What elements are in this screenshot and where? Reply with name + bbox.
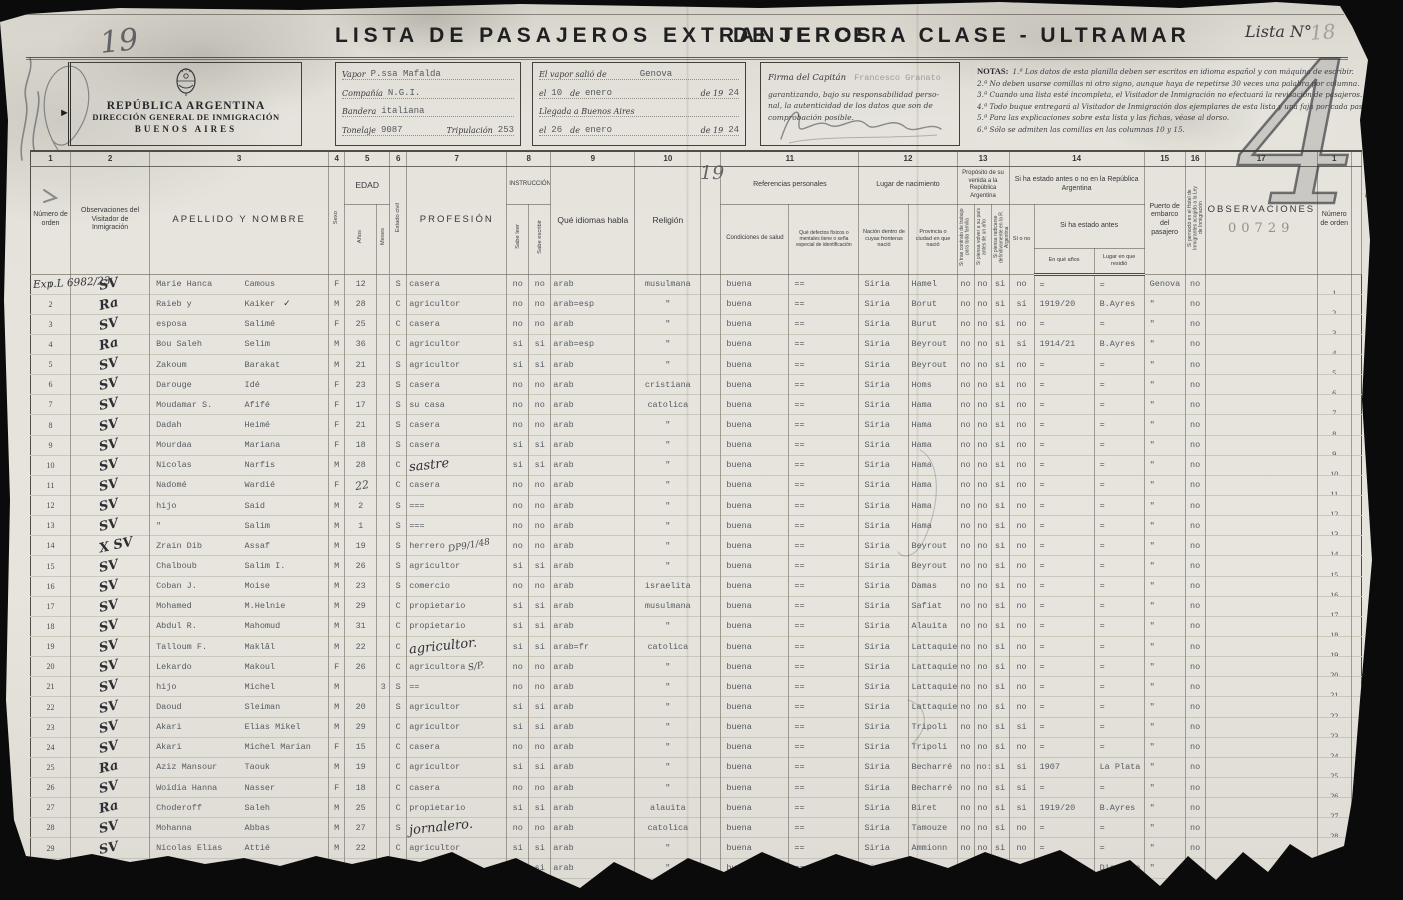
hotel-inmigrantes: no	[1185, 778, 1205, 798]
sex: M	[329, 838, 345, 858]
previous-years: =	[1034, 697, 1094, 717]
reads: no	[507, 737, 529, 757]
been-before: no	[1009, 355, 1034, 375]
surname: esposa	[156, 319, 244, 329]
purpose-1: no	[957, 798, 974, 818]
passenger-name: hijoMichel	[150, 677, 329, 697]
header-edge	[1351, 166, 1361, 274]
col-num: 16	[1185, 151, 1205, 166]
passenger-row: 9SVMourdaaMarianaF18Scaserasisiarab"buen…	[31, 435, 1362, 455]
header-sabe-escribir: Sabe escribir	[537, 220, 543, 254]
given-name: Narfis	[245, 460, 276, 470]
profession: casera	[407, 274, 507, 294]
edge	[1351, 657, 1361, 677]
header-profesion: PROFESIÓN	[409, 214, 504, 226]
previous-residence: =	[1094, 475, 1144, 495]
birth-province: Tripoli	[909, 737, 957, 757]
order-number-right: 5	[1317, 355, 1351, 375]
age-years: 28	[345, 294, 377, 314]
languages: arab	[551, 355, 635, 375]
order-number-right-value: 7	[1332, 409, 1336, 415]
previous-residence: =	[1094, 838, 1144, 858]
passenger-name: ChoderoffSaleh	[150, 798, 329, 818]
edge	[1351, 475, 1361, 495]
header-hotel: Si pernoctó en el Hotel de Inmigrantes a…	[1188, 186, 1205, 250]
row-observations	[1205, 697, 1317, 717]
visitor-mark-handwritten: SV	[98, 818, 120, 837]
birth-province: Alauita	[909, 616, 957, 636]
edge	[1351, 455, 1361, 475]
order-number-right: 30	[1317, 858, 1351, 878]
order-number-right-value: 14	[1330, 550, 1338, 556]
purpose-1: no	[957, 395, 974, 415]
surname: hijo	[156, 682, 244, 692]
civil-status: S	[390, 395, 407, 415]
profession: comercio	[407, 576, 507, 596]
visitor-observation: SV	[71, 677, 150, 697]
age-months	[377, 576, 390, 596]
hotel-inmigrantes: no	[1185, 314, 1205, 334]
profession: agricultor	[407, 717, 507, 737]
purpose-3: si	[991, 657, 1009, 677]
header-idiomas: Qué idiomas habla	[553, 215, 632, 226]
visitor-observation: SV	[71, 657, 150, 677]
profession: agricultor	[407, 757, 507, 777]
given-name: Salimé	[245, 319, 276, 329]
defects: ==	[789, 576, 859, 596]
purpose-1: no	[957, 858, 974, 878]
sex: M	[329, 757, 345, 777]
edge	[1351, 435, 1361, 455]
embark-port: "	[1144, 677, 1185, 697]
visitor-mark-handwritten: SV	[98, 597, 120, 616]
purpose-3: si	[991, 475, 1009, 495]
order-number-right: 8	[1317, 415, 1351, 435]
stamp-number: 00729	[1208, 221, 1315, 236]
birth-nation: Siria	[859, 737, 909, 757]
surname: hijo	[156, 501, 244, 511]
header-instruccion: INSTRUCCIÓN	[509, 181, 548, 189]
purpose-3: si	[991, 717, 1009, 737]
hotel-inmigrantes: no	[1185, 757, 1205, 777]
previous-residence: =	[1094, 274, 1144, 294]
passenger-name: Zrain DibAssaf	[150, 536, 329, 556]
order-number: 20	[31, 657, 71, 677]
row-observations	[1205, 657, 1317, 677]
age-years	[345, 677, 377, 697]
reads: no	[507, 375, 529, 395]
hotel-inmigrantes: no	[1185, 637, 1205, 657]
previous-residence: =	[1094, 737, 1144, 757]
birth-nation: Siria	[859, 375, 909, 395]
previous-residence: =	[1094, 375, 1144, 395]
spacer	[701, 818, 721, 838]
writes: no	[529, 375, 551, 395]
captain-typed-name: Francesco Granato	[854, 73, 941, 83]
spacer	[701, 697, 721, 717]
been-before: no	[1009, 395, 1034, 415]
hotel-inmigrantes: no	[1185, 657, 1205, 677]
purpose-3: si	[991, 536, 1009, 556]
previous-years: =	[1034, 516, 1094, 536]
languages: arab=esp	[551, 294, 635, 314]
surname: Choderoff	[156, 803, 244, 813]
civil-status: S	[390, 375, 407, 395]
order-number-right-value: 4	[1332, 349, 1336, 355]
writes: si	[529, 334, 551, 354]
header-orden-right: Número de orden	[1320, 211, 1349, 229]
embark-port: "	[1144, 536, 1185, 556]
edge	[1351, 616, 1361, 636]
purpose-3: si	[991, 818, 1009, 838]
salida-label: El vapor salió de	[539, 70, 607, 79]
salida-day: 10	[551, 88, 562, 98]
purpose-1: no	[957, 455, 974, 475]
edge	[1351, 516, 1361, 536]
purpose-3: si	[991, 757, 1009, 777]
previous-years: =	[1034, 395, 1094, 415]
civil-status: S	[390, 677, 407, 697]
surname: Chalboub	[156, 561, 244, 571]
purpose-1: no	[957, 536, 974, 556]
been-before: no	[1009, 314, 1034, 334]
order-number: 9	[31, 435, 71, 455]
sex: M	[329, 616, 345, 636]
birth-province: Beyrout	[909, 355, 957, 375]
col-num: 4	[329, 151, 345, 166]
writes: si	[529, 798, 551, 818]
age-years: 17	[345, 395, 377, 415]
order-number: 21	[31, 677, 71, 697]
civil-status	[390, 858, 407, 878]
previous-years: =	[1034, 838, 1094, 858]
nota-item: 5.ª Para las explicaciones sobre esta li…	[977, 112, 1333, 124]
religion: cristiana	[635, 375, 701, 395]
edge	[1351, 556, 1361, 576]
order-number: 14	[31, 536, 71, 556]
writes: si	[529, 757, 551, 777]
previous-residence: =	[1094, 556, 1144, 576]
birth-province: Tamouze	[909, 818, 957, 838]
given-name: Attié	[245, 843, 271, 853]
embark-port: "	[1144, 375, 1185, 395]
visitor-mark-handwritten: SV	[98, 577, 120, 596]
reads: si	[507, 455, 529, 475]
religion: "	[635, 516, 701, 536]
compania-label: Compañía	[342, 89, 383, 98]
hotel-inmigrantes: no	[1185, 415, 1205, 435]
age-years: 29	[345, 717, 377, 737]
passenger-name: Marie HancaCamous	[150, 274, 329, 294]
purpose-2: no	[974, 455, 991, 475]
order-number-right-value: 26	[1330, 792, 1338, 798]
age-years: 15	[345, 737, 377, 757]
age-years: 22	[345, 838, 377, 858]
edge	[1351, 294, 1361, 314]
sex: M	[329, 798, 345, 818]
embark-port: "	[1144, 616, 1185, 636]
age-years: 1	[345, 516, 377, 536]
order-number-right-value: 18	[1330, 631, 1338, 637]
previous-residence: =	[1094, 697, 1144, 717]
sex: M	[329, 334, 345, 354]
hotel-inmigrantes: no	[1185, 717, 1205, 737]
religion: "	[635, 697, 701, 717]
row-observations	[1205, 536, 1317, 556]
purpose-1: no	[957, 475, 974, 495]
order-number: 29	[31, 838, 71, 858]
surname: Bou Saleh	[156, 339, 244, 349]
defects: ==	[789, 838, 859, 858]
purpose-1: no	[957, 274, 974, 294]
order-number: 5	[31, 355, 71, 375]
languages: arab	[551, 496, 635, 516]
civil-status: C	[390, 717, 407, 737]
languages: arab	[551, 798, 635, 818]
visitor-observation: SV	[71, 516, 150, 536]
edge	[1351, 536, 1361, 556]
tripulacion-label: Tripulación	[446, 126, 492, 135]
spacer	[701, 415, 721, 435]
purpose-2: no	[974, 516, 991, 536]
birth-province: Safiat	[909, 596, 957, 616]
age-years: 22	[345, 637, 377, 657]
spacer	[701, 798, 721, 818]
purpose-1: no	[957, 314, 974, 334]
hotel-inmigrantes: no	[1185, 355, 1205, 375]
health: buena	[721, 717, 789, 737]
health: buena	[721, 294, 789, 314]
age-years: 2	[345, 496, 377, 516]
previous-residence: =	[1094, 395, 1144, 415]
health: buena	[721, 616, 789, 636]
languages: arab=esp	[551, 334, 635, 354]
captain-box: Firma del Capitán Francesco Granato gara…	[760, 62, 960, 146]
birth-province: Hama	[909, 475, 957, 495]
civil-status: S	[390, 415, 407, 435]
birth-province: Hama	[909, 455, 957, 475]
col-num: 1	[31, 151, 71, 166]
religion: "	[635, 737, 701, 757]
embark-port: "	[1144, 314, 1185, 334]
defects: ==	[789, 616, 859, 636]
previous-residence: =	[1094, 415, 1144, 435]
health: buena	[721, 334, 789, 354]
edge	[1351, 818, 1361, 838]
spacer	[701, 657, 721, 677]
purpose-2: no	[974, 596, 991, 616]
hotel-inmigrantes: no	[1185, 294, 1205, 314]
hotel-inmigrantes: no	[1185, 536, 1205, 556]
civil-status: C	[390, 637, 407, 657]
row-observations	[1205, 596, 1317, 616]
previous-residence: =	[1094, 637, 1144, 657]
defects: ==	[789, 858, 859, 878]
previous-years: 1919/20	[1034, 294, 1094, 314]
religion: "	[635, 334, 701, 354]
visitor-mark-handwritten: SV	[98, 396, 120, 415]
hotel-inmigrantes: no	[1185, 496, 1205, 516]
order-number-right-value: 15	[1330, 571, 1338, 577]
passenger-row: 2RaRaieb yKaiker✓M28Cagricultornonoarab=…	[31, 294, 1362, 314]
given-name: Said	[245, 501, 265, 511]
visitor-mark-handwritten: SV	[98, 315, 120, 334]
order-number-right: 18	[1317, 616, 1351, 636]
spacer	[701, 496, 721, 516]
order-number: 7	[31, 395, 71, 415]
been-before: no	[1009, 415, 1034, 435]
visitor-observation: SV	[71, 737, 150, 757]
age-months	[377, 798, 390, 818]
ship-info-box: VaporP.ssa Mafalda CompañíaN.G.I. Bander…	[335, 62, 521, 146]
defects: ==	[789, 657, 859, 677]
visitor-mark-handwritten: SV	[98, 778, 120, 797]
purpose-3: si	[991, 274, 1009, 294]
spacer	[701, 858, 721, 878]
age-years: 19	[345, 757, 377, 777]
previous-years: =	[1034, 455, 1094, 475]
writes: si	[529, 355, 551, 375]
row-observations	[1205, 496, 1317, 516]
spacer	[701, 516, 721, 536]
header-religion: Religión	[637, 215, 698, 226]
previous-years: =	[1034, 415, 1094, 435]
birth-nation: Siria	[859, 314, 909, 334]
civil-status: S	[390, 496, 407, 516]
surname: "	[156, 521, 244, 531]
been-before: si	[1009, 717, 1034, 737]
header-observaciones: OBSERVACIONES	[1208, 204, 1315, 216]
purpose-1: no	[957, 697, 974, 717]
sheet-number-handwritten: 19	[98, 22, 140, 61]
birth-nation: Siria	[859, 818, 909, 838]
purpose-1: no	[957, 496, 974, 516]
visitor-observation: SV	[71, 415, 150, 435]
profession: ===	[407, 496, 507, 516]
order-number-right: 11	[1317, 475, 1351, 495]
col-num: 13	[957, 151, 1009, 166]
sex: M	[329, 858, 345, 878]
writes: no	[529, 475, 551, 495]
age-months	[377, 737, 390, 757]
passenger-row: 11SVNadoméWardiéF22Ccaseranonoarab"buena…	[31, 475, 1362, 495]
previous-residence: =	[1094, 677, 1144, 697]
passenger-name: Abdul R.Mahomud	[150, 616, 329, 636]
sex: M	[329, 596, 345, 616]
surname: Zakoum	[156, 360, 244, 370]
purpose-3: si	[991, 697, 1009, 717]
order-number: 27	[31, 798, 71, 818]
birth-province: Becharré	[909, 757, 957, 777]
given-name: Michel	[245, 682, 276, 692]
defects: ==	[789, 818, 859, 838]
surname: Mourdaa	[156, 440, 244, 450]
purpose-1: no	[957, 516, 974, 536]
religion: "	[635, 455, 701, 475]
health: buena	[721, 657, 789, 677]
row-observations	[1205, 778, 1317, 798]
purpose-3: si	[991, 496, 1009, 516]
given-name: Makoul	[245, 662, 276, 672]
passenger-row: 23SVAkariElias MikelM29Cagricultorsisiar…	[31, 717, 1362, 737]
profession-note-handwritten: DP9/1/48	[447, 537, 490, 554]
passenger-name: Bou SalehSelim	[150, 334, 329, 354]
order-number: 3	[31, 314, 71, 334]
been-before: no	[1009, 737, 1034, 757]
edge	[1351, 314, 1361, 334]
embark-port: "	[1144, 697, 1185, 717]
surname: Georges Yacoub	[156, 863, 244, 873]
visitor-observation: SV	[71, 435, 150, 455]
reads: si	[507, 355, 529, 375]
sex: M	[329, 677, 345, 697]
age-years: 29	[345, 596, 377, 616]
health: buena	[721, 818, 789, 838]
purpose-1: no	[957, 556, 974, 576]
age-months	[377, 334, 390, 354]
birth-nation: Siria	[859, 496, 909, 516]
health: buena	[721, 314, 789, 334]
been-before: no	[1009, 475, 1034, 495]
sex: M	[329, 637, 345, 657]
purpose-2: no	[974, 576, 991, 596]
civil-status: C	[390, 838, 407, 858]
sex: F	[329, 475, 345, 495]
row-observations	[1205, 294, 1317, 314]
birth-province: Ammionn	[909, 838, 957, 858]
nota-item: 3.ª Cuando una lista esté incompleta, el…	[977, 89, 1333, 101]
spacer	[701, 274, 721, 294]
order-number-right-value: 17	[1330, 611, 1338, 617]
header-anos: Años	[357, 230, 363, 243]
health: buena	[721, 757, 789, 777]
visitor-observation: SV	[71, 838, 150, 858]
col-num: 10	[635, 151, 701, 166]
age-months	[377, 375, 390, 395]
surname: Dadah	[156, 420, 244, 430]
surname: Abdul R.	[156, 621, 244, 631]
been-before: no	[1009, 677, 1034, 697]
been-before: no	[1009, 616, 1034, 636]
purpose-2: no	[974, 616, 991, 636]
row-observations	[1205, 375, 1317, 395]
purpose-2: no	[974, 798, 991, 818]
defects: ==	[789, 415, 859, 435]
previous-residence: =	[1094, 717, 1144, 737]
profession: propietario	[407, 798, 507, 818]
purpose-1: no	[957, 737, 974, 757]
been-before: sí	[1009, 334, 1034, 354]
col-num-edge	[1351, 151, 1361, 166]
edge	[1351, 677, 1361, 697]
been-before: no	[1009, 435, 1034, 455]
order-number: 23	[31, 717, 71, 737]
voyage-info-box: El vapor salió deGenova el10deenerode 19…	[532, 62, 746, 146]
civil-status: C	[390, 737, 407, 757]
spacer	[701, 596, 721, 616]
religion: "	[635, 536, 701, 556]
order-number-right-value: 27	[1330, 812, 1338, 818]
col-num: 17	[1205, 151, 1317, 166]
header-lugar-residio: Lugar en que residió	[1097, 254, 1142, 268]
embark-port: "	[1144, 395, 1185, 415]
previous-years: =	[1034, 314, 1094, 334]
profession: casera	[407, 435, 507, 455]
purpose-2: no	[974, 818, 991, 838]
surname: Mohanna	[156, 823, 244, 833]
age-months	[377, 818, 390, 838]
religion: "	[635, 314, 701, 334]
